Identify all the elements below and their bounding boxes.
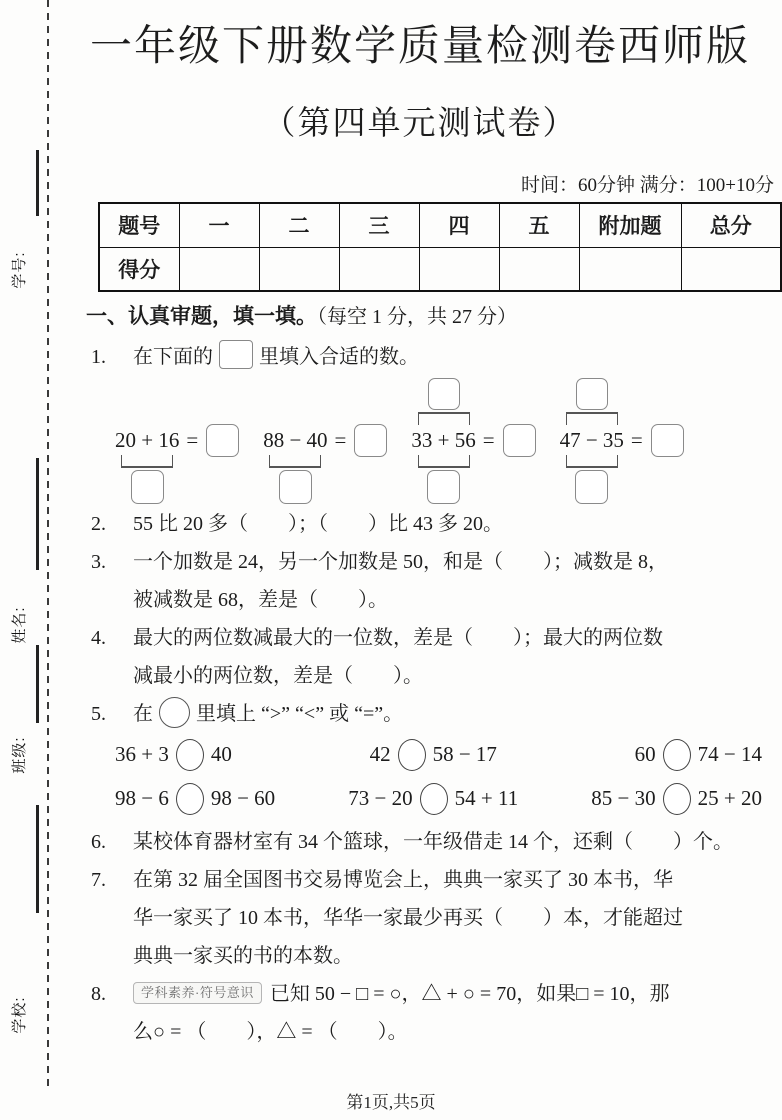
bracket-top xyxy=(418,412,470,425)
question-6-text: 某校体育器材室有 34 个篮球，一年级借走 14 个，还剩（ ）个。 xyxy=(133,831,733,853)
compare-right: 74 − 14 xyxy=(698,742,762,767)
score-input-cell[interactable] xyxy=(681,247,781,291)
score-input-cell[interactable] xyxy=(499,247,579,291)
question-6: 6.某校体育器材室有 34 个篮球，一年级借走 14 个，还剩（ ）个。 xyxy=(58,823,782,861)
question-2: 2.55 比 20 多（ ）；（ ）比 43 多 20。 xyxy=(58,505,782,543)
compare-left: 98 − 6 xyxy=(115,786,169,811)
question-number: 2. xyxy=(91,505,133,543)
school-blank-line[interactable] xyxy=(36,805,39,913)
bracket-bottom xyxy=(269,455,321,468)
compare-right: 54 + 11 xyxy=(455,786,519,811)
q1-equation-figure: 20 + 16 = 88 − 40 = xyxy=(58,377,782,505)
inline-fill-box[interactable] xyxy=(219,340,253,369)
comparison-item: 73 − 2054 + 11 xyxy=(348,783,518,815)
question-number: 1. xyxy=(91,339,133,375)
sum-box-bottom[interactable] xyxy=(575,470,608,504)
comparison-item: 6074 − 14 xyxy=(635,739,762,771)
student-id-blank-line[interactable] xyxy=(36,150,39,216)
equation-group-2: 88 − 40 = xyxy=(263,378,387,504)
compare-left: 42 xyxy=(370,742,391,767)
question-number: 4. xyxy=(91,619,133,657)
question-7: 7.在第 32 届全国图书交易博览会上，典典一家买了 30 本书，华 华一家买了… xyxy=(58,861,782,975)
seal-line-sidebar: 学号: 姓名: 班级: 学校: xyxy=(0,0,58,1120)
comparison-item: 4258 − 17 xyxy=(370,739,497,771)
competency-badge: 学科素养·符号意识 xyxy=(133,982,262,1004)
exam-content: 一年级下册数学质量检测卷西师版 （第四单元测试卷） 时间：60分钟 满分：100… xyxy=(58,0,782,1051)
compare-left: 85 − 30 xyxy=(591,786,655,811)
answer-box[interactable] xyxy=(206,424,239,457)
score-header-cell: 三 xyxy=(339,203,419,248)
compare-right: 40 xyxy=(211,742,232,767)
school-label-text: 学校: xyxy=(11,996,28,1033)
question-1-text-after: 里填入合适的数。 xyxy=(259,346,419,368)
score-input-cell[interactable] xyxy=(579,247,681,291)
score-input-cell[interactable] xyxy=(179,247,259,291)
question-8: 8.学科素养·符号意识已知 50 − □ = ○，△ + ○ = 70，如果□ … xyxy=(58,975,782,1051)
comparison-circle[interactable] xyxy=(398,739,426,771)
question-4-line-1: 最大的两位数减最大的一位数，差是（ ）；最大的两位数 xyxy=(133,627,663,649)
question-7-line-3: 典典一家买的书的本数。 xyxy=(133,937,776,975)
score-header-cell: 五 xyxy=(499,203,579,248)
bracket-top xyxy=(566,412,618,425)
student-id-label-text: 学号: xyxy=(11,251,28,288)
question-5-intro-before: 在 xyxy=(133,703,153,725)
score-row-label: 得分 xyxy=(99,247,179,291)
score-header-cell: 二 xyxy=(259,203,339,248)
sum-box-bottom[interactable] xyxy=(131,470,164,504)
question-1: 1.在下面的里填入合适的数。 xyxy=(58,339,782,375)
student-id-label: 学号: xyxy=(10,230,30,310)
class-blank-line[interactable] xyxy=(36,645,39,723)
question-4: 4.最大的两位数减最大的一位数，差是（ ）；最大的两位数 减最小的两位数，差是（… xyxy=(58,619,782,695)
equals-sign: = xyxy=(483,428,495,453)
question-number: 7. xyxy=(91,861,133,899)
score-input-cell[interactable] xyxy=(339,247,419,291)
page-subtitle: （第四单元测试卷） xyxy=(58,102,782,146)
compare-left: 73 − 20 xyxy=(348,786,412,811)
question-2-text: 55 比 20 多（ ）；（ ）比 43 多 20。 xyxy=(133,513,503,535)
comparison-circle[interactable] xyxy=(663,739,691,771)
equation-operands: 33 + 56 xyxy=(411,425,475,455)
exam-page: 学号: 姓名: 班级: 学校: 一年级下册数学质量检测卷西师版 （第四单元测试卷… xyxy=(0,0,782,1120)
section-one-heading: 一、认真审题，填一填。（每空 1 分，共 27 分） xyxy=(86,301,782,333)
comparison-circle[interactable] xyxy=(176,739,204,771)
class-label: 班级: xyxy=(10,715,30,795)
bracket-bottom xyxy=(121,455,173,468)
compare-right: 25 + 20 xyxy=(698,786,762,811)
sum-box-bottom[interactable] xyxy=(279,470,312,504)
score-header-cell: 四 xyxy=(419,203,499,248)
comparison-item: 85 − 3025 + 20 xyxy=(591,783,762,815)
section-note: （每空 1 分，共 27 分） xyxy=(317,306,517,328)
score-header-cell: 一 xyxy=(179,203,259,248)
score-header-cell: 附加题 xyxy=(579,203,681,248)
comparison-item: 36 + 340 xyxy=(115,739,232,771)
equals-sign: = xyxy=(631,428,643,453)
comparison-circle[interactable] xyxy=(663,783,691,815)
sum-box-bottom[interactable] xyxy=(427,470,460,504)
compare-right: 58 − 17 xyxy=(433,742,497,767)
comparison-item: 98 − 698 − 60 xyxy=(115,783,275,815)
question-3: 3.一个加数是 24，另一个加数是 50，和是（ ）；减数是 8， 被减数是 6… xyxy=(58,543,782,619)
exam-meta: 时间：60分钟 满分：100+10分 xyxy=(58,174,782,198)
equals-sign: = xyxy=(186,428,198,453)
question-5-intro-after: 里填上 “>” “<” 或 “=”。 xyxy=(196,703,403,725)
compare-left: 36 + 3 xyxy=(115,742,169,767)
question-8-line-2: 么○ = （ ），△ = （ ）。 xyxy=(133,1013,776,1051)
comparison-circle[interactable] xyxy=(176,783,204,815)
compare-right: 98 − 60 xyxy=(211,786,275,811)
equation-group-4: 47 − 35 = xyxy=(560,378,684,504)
answer-box[interactable] xyxy=(651,424,684,457)
section-title: 一、认真审题，填一填。 xyxy=(86,305,317,328)
bracket-bottom xyxy=(418,455,470,468)
compare-left: 60 xyxy=(635,742,656,767)
equation-operands: 88 − 40 xyxy=(263,425,327,455)
score-table: 题号 一 二 三 四 五 附加题 总分 得分 xyxy=(98,202,782,292)
question-number: 5. xyxy=(91,695,133,733)
comparison-circle[interactable] xyxy=(420,783,448,815)
equation-operands: 47 − 35 xyxy=(560,425,624,455)
score-input-cell[interactable] xyxy=(259,247,339,291)
page-title: 一年级下册数学质量检测卷西师版 xyxy=(58,20,782,74)
bracket-bottom xyxy=(566,455,618,468)
answer-box[interactable] xyxy=(354,424,387,457)
equation-operands: 20 + 16 xyxy=(115,425,179,455)
answer-box[interactable] xyxy=(503,424,536,457)
sum-box-top[interactable] xyxy=(576,378,608,410)
question-4-line-2: 减最小的两位数，差是（ ）。 xyxy=(133,657,776,695)
question-number: 6. xyxy=(91,823,133,861)
seal-dashed-line xyxy=(47,0,49,1092)
question-1-text-before: 在下面的 xyxy=(133,346,213,368)
question-7-line-1: 在第 32 届全国图书交易博览会上，典典一家买了 30 本书，华 xyxy=(133,869,673,891)
question-8-line-1: 已知 50 − □ = ○，△ + ○ = 70，如果□ = 10，那 xyxy=(270,983,670,1005)
school-label: 学校: xyxy=(10,975,30,1055)
equation-group-3: 33 + 56 = xyxy=(411,378,535,504)
equals-sign: = xyxy=(335,428,347,453)
question-3-line-2: 被减数是 68，差是（ ）。 xyxy=(133,581,776,619)
comparison-circle-example xyxy=(159,697,190,728)
q5-comparison-rows: 36 + 340 4258 − 17 6074 − 14 98 − 698 − … xyxy=(58,733,782,821)
score-header-cell: 总分 xyxy=(681,203,781,248)
equation-group-1: 20 + 16 = xyxy=(115,378,239,504)
sum-box-top[interactable] xyxy=(428,378,460,410)
question-number: 3. xyxy=(91,543,133,581)
page-number: 第1页,共5页 xyxy=(0,1088,782,1113)
student-name-blank-line[interactable] xyxy=(36,458,39,570)
student-name-label-text: 姓名: xyxy=(11,606,28,643)
student-name-label: 姓名: xyxy=(10,585,30,665)
question-3-line-1: 一个加数是 24，另一个加数是 50，和是（ ）；减数是 8， xyxy=(133,551,668,573)
question-5: 5.在里填上 “>” “<” 或 “=”。 xyxy=(58,695,782,733)
score-input-cell[interactable] xyxy=(419,247,499,291)
question-7-line-2: 华一家买了 10 本书，华华一家最少再买（ ）本，才能超过 xyxy=(133,899,776,937)
class-label-text: 班级: xyxy=(11,736,28,773)
score-header-cell: 题号 xyxy=(99,203,179,248)
question-number: 8. xyxy=(91,975,133,1013)
